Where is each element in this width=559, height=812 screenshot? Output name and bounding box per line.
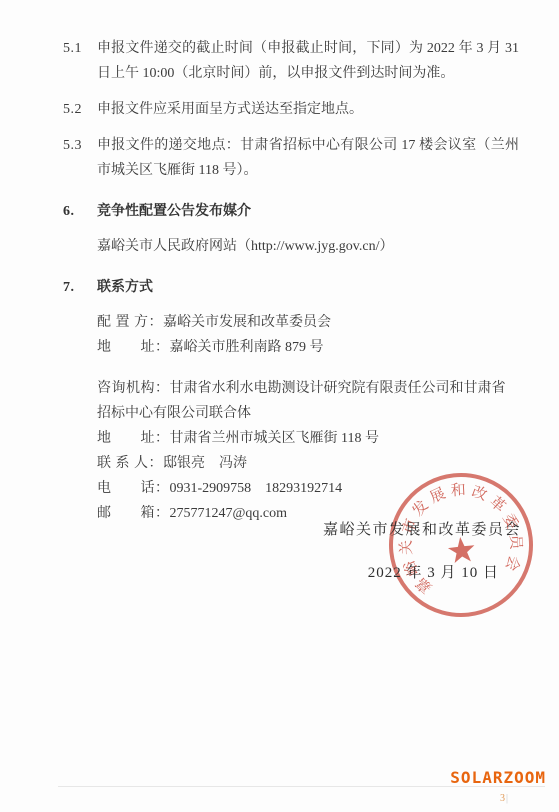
section-6-body: 嘉峪关市人民政府网站（http://www.jyg.gov.cn/） bbox=[97, 234, 519, 259]
signature-org: 嘉峪关市发展和改革委员会 bbox=[323, 518, 521, 539]
contact-line-address-2: 地 址：甘肃省兰州市城关区飞雁街 118 号 bbox=[97, 426, 519, 451]
section-7-heading: 7. 联系方式 bbox=[63, 275, 519, 300]
contact-label: 地 址： bbox=[97, 431, 170, 446]
signature-date: 2022 年 3 月 10 日 bbox=[368, 561, 499, 582]
item-text: 申报文件的递交地点：甘肃省招标中心有限公司 17 楼会议室（兰州市城关区飞雁街 … bbox=[97, 133, 519, 183]
contact-line-address-1: 地 址：嘉峪关市胜利南路 879 号 bbox=[97, 335, 519, 360]
contact-value: 嘉峪关市发展和改革委员会 bbox=[163, 315, 331, 330]
list-item: 5.2 申报文件应采用面呈方式送达至指定地点。 bbox=[63, 97, 519, 122]
contact-value: 275771247@qq.com bbox=[170, 506, 288, 521]
document-body: 5.1 申报文件递交的截止时间（申报截止时间，下同）为 2022 年 3 月 3… bbox=[63, 36, 519, 526]
list-item: 5.1 申报文件递交的截止时间（申报截止时间，下同）为 2022 年 3 月 3… bbox=[63, 36, 519, 86]
list-item: 5.3 申报文件的递交地点：甘肃省招标中心有限公司 17 楼会议室（兰州市城关区… bbox=[63, 133, 519, 183]
official-seal: 嘉峪关市发展和改革委员会 bbox=[373, 457, 549, 633]
section-number: 6. bbox=[63, 199, 97, 224]
solarzoom-watermark: SOLARZOOM bbox=[450, 768, 546, 787]
contact-line-allocator: 配 置 方：嘉峪关市发展和改革委员会 bbox=[97, 310, 519, 335]
contact-label: 配 置 方： bbox=[97, 315, 163, 330]
item-text: 申报文件应采用面呈方式送达至指定地点。 bbox=[97, 97, 519, 122]
contact-label: 咨询机构： bbox=[97, 381, 170, 396]
section-6-heading: 6. 竞争性配置公告发布媒介 bbox=[63, 199, 519, 224]
seal-star-icon bbox=[447, 536, 476, 564]
contact-value: 0931-2909758 18293192714 bbox=[170, 481, 343, 496]
contact-value: 邸银亮 冯涛 bbox=[163, 456, 247, 471]
item-number: 5.1 bbox=[63, 36, 97, 86]
contact-label: 电 话： bbox=[97, 481, 170, 496]
contact-label: 联 系 人： bbox=[97, 456, 163, 471]
seal-graphic: 嘉峪关市发展和改革委员会 bbox=[373, 457, 549, 633]
item-text: 申报文件递交的截止时间（申报截止时间，下同）为 2022 年 3 月 31 日上… bbox=[97, 36, 519, 86]
page-number: 3| bbox=[500, 793, 509, 804]
section-number: 7. bbox=[63, 275, 97, 300]
contact-label: 地 址： bbox=[97, 340, 170, 355]
contact-value: 甘肃省兰州市城关区飞雁街 118 号 bbox=[170, 431, 379, 446]
page-number-cursor: | bbox=[506, 793, 509, 804]
contact-value: 嘉峪关市胜利南路 879 号 bbox=[170, 340, 324, 355]
item-number: 5.2 bbox=[63, 97, 97, 122]
contact-line-consultancy: 咨询机构：甘肃省水利水电勘测设计研究院有限责任公司和甘肃省招标中心有限公司联合体 bbox=[97, 376, 519, 426]
section-title: 竞争性配置公告发布媒介 bbox=[97, 199, 251, 224]
document-page: 5.1 申报文件递交的截止时间（申报截止时间，下同）为 2022 年 3 月 3… bbox=[0, 0, 559, 812]
section-title: 联系方式 bbox=[97, 275, 153, 300]
contact-label: 邮 箱： bbox=[97, 506, 170, 521]
item-number: 5.3 bbox=[63, 133, 97, 183]
